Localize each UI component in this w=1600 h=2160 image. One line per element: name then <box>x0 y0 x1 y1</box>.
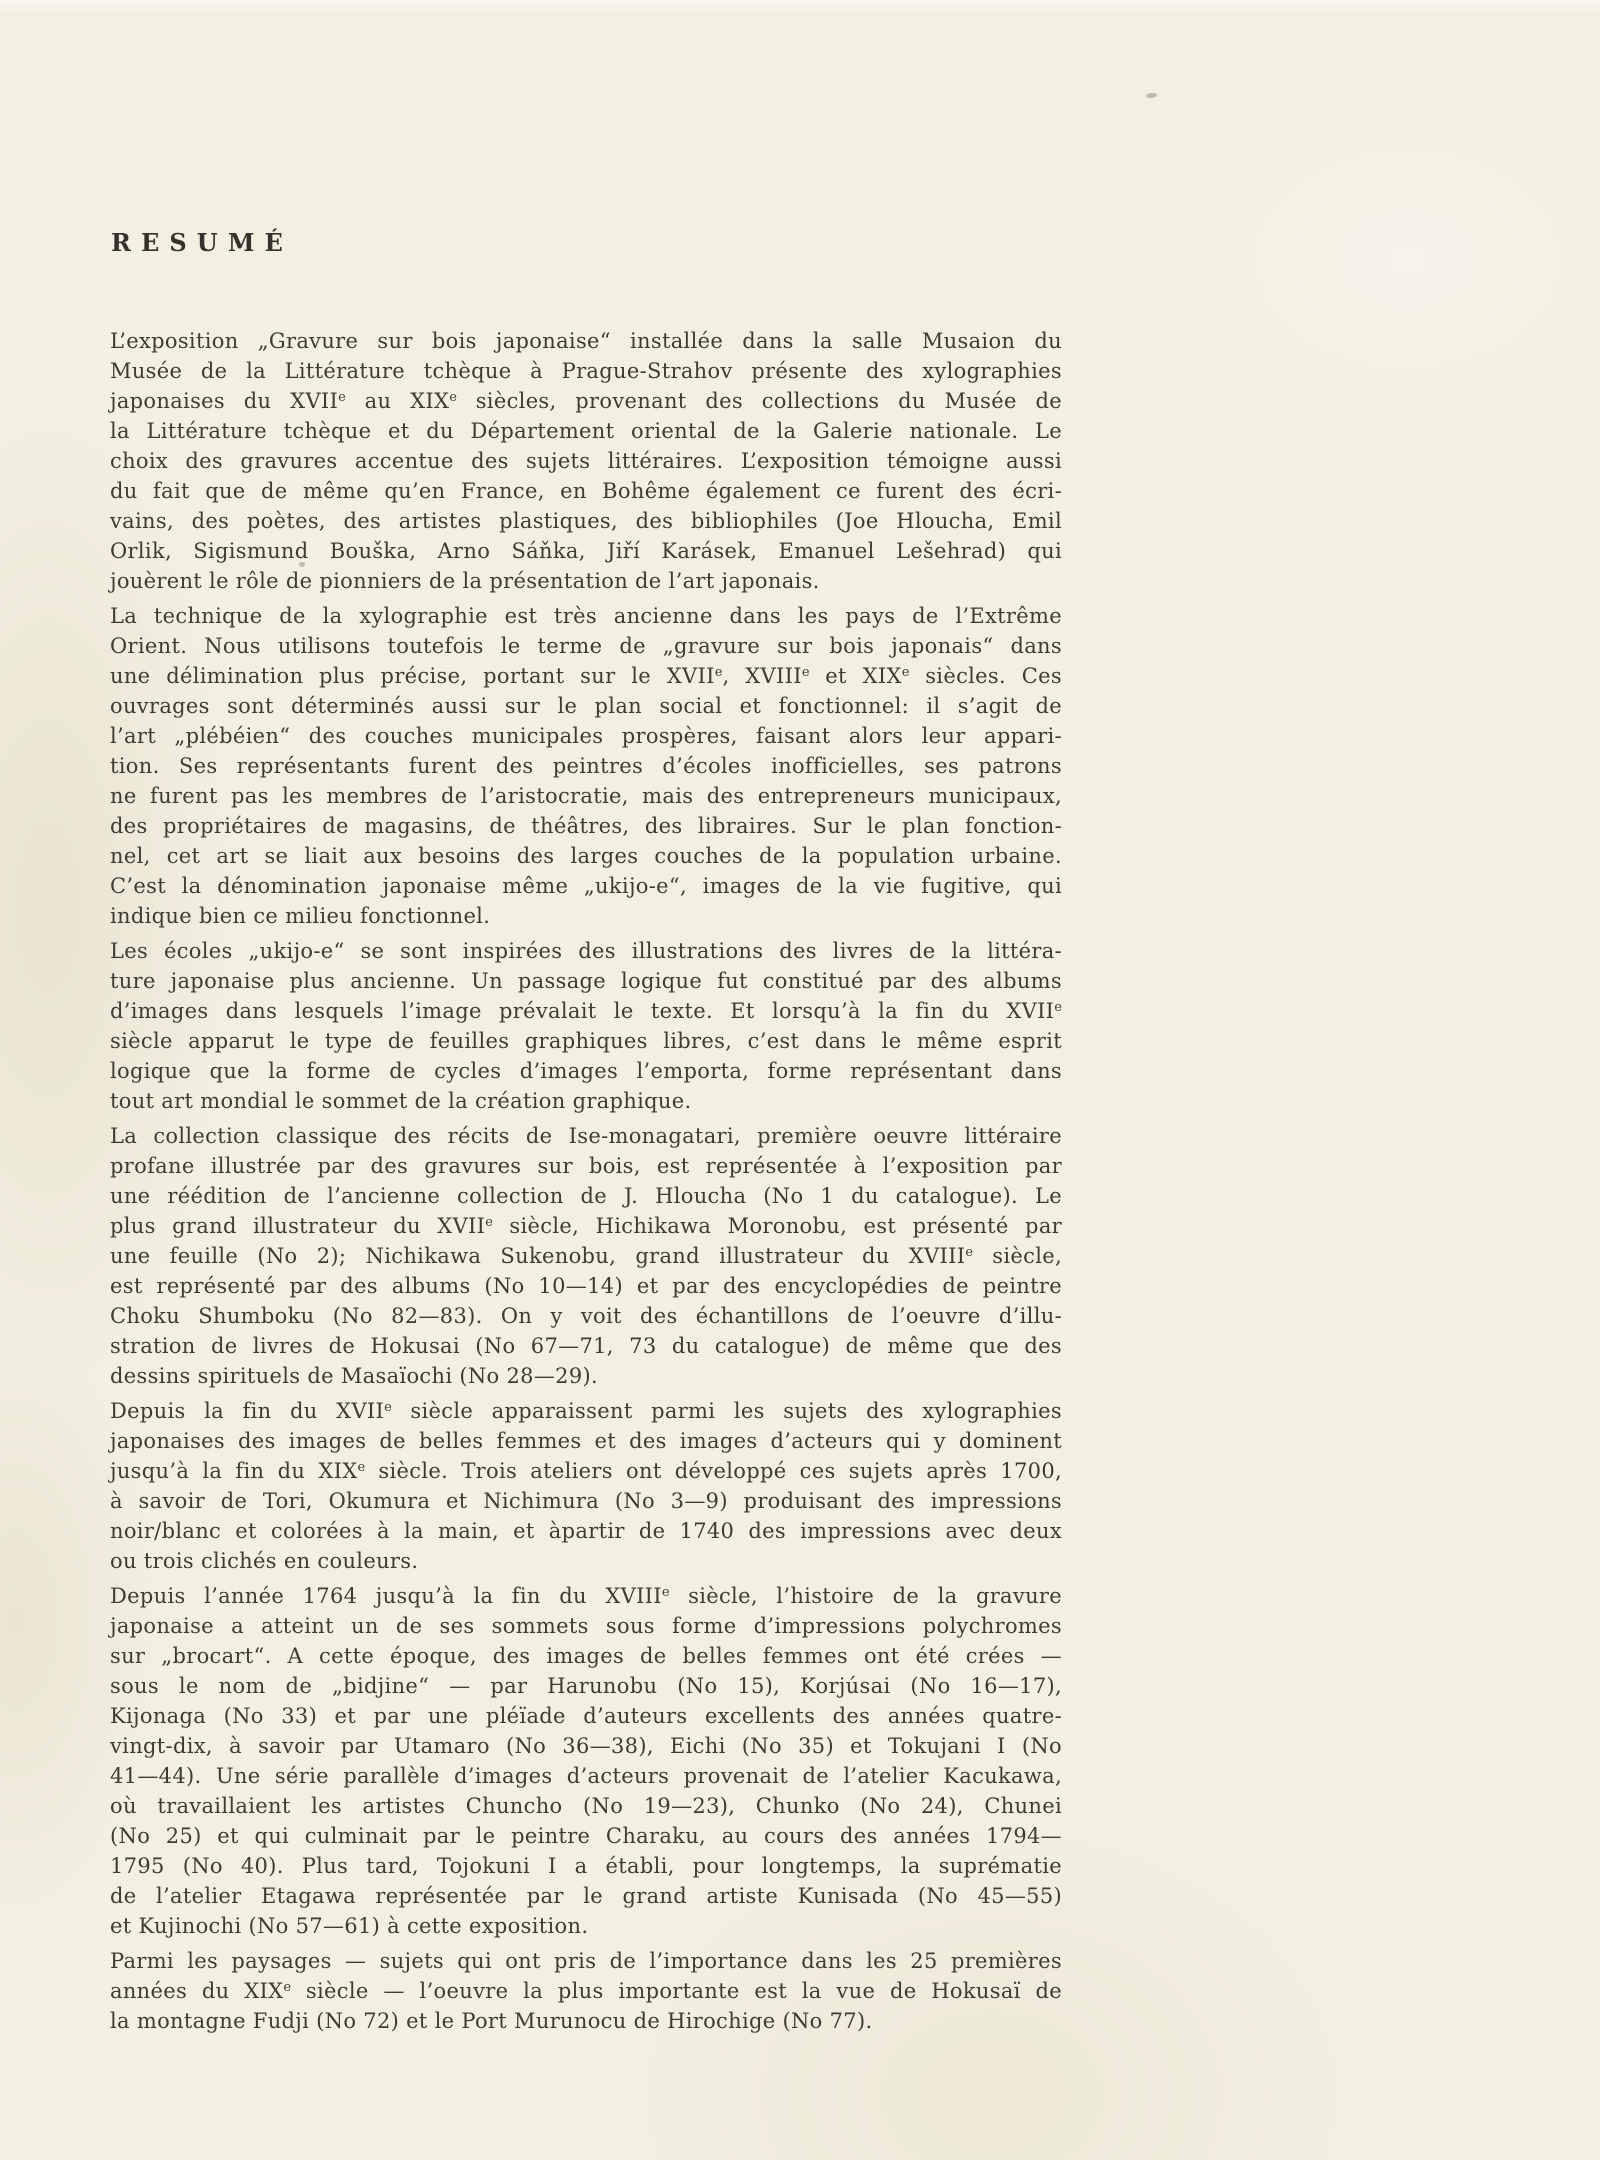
text-line: de l’atelier Etagawa représentée par le … <box>110 1881 1062 1911</box>
text-line: une réédition de l’ancienne collection d… <box>110 1181 1062 1211</box>
text-line: dessins spirituels de Masaïochi (No 28—2… <box>110 1361 1062 1391</box>
text-line: la Littérature tchèque et du Département… <box>110 416 1062 446</box>
text-line: vains, des poètes, des artistes plastiqu… <box>110 506 1062 536</box>
text-line: ouvrages sont déterminés aussi sur le pl… <box>110 691 1062 721</box>
text-line: sous le nom de „bidjine“ — par Harunobu … <box>110 1671 1062 1701</box>
text-line: logique que la forme de cycles d’images … <box>110 1056 1062 1086</box>
text-line: du fait que de même qu’en France, en Boh… <box>110 476 1062 506</box>
text-line: vingt-dix, à savoir par Utamaro (No 36—3… <box>110 1731 1062 1761</box>
text-line: C’est la dénomination japonaise même „uk… <box>110 871 1062 901</box>
paragraph: La collection classique des récits de Is… <box>110 1121 1062 1391</box>
text-line: stration de livres de Hokusai (No 67—71,… <box>110 1331 1062 1361</box>
text-line: et Kujinochi (No 57—61) à cette expositi… <box>110 1911 1062 1941</box>
text-line: plus grand illustrateur du XVIIe siècle,… <box>110 1211 1062 1241</box>
scanned-page: RESUMÉ L’exposition „Gravure sur bois ja… <box>0 0 1600 2160</box>
paragraph: Depuis la fin du XVIIe siècle apparaisse… <box>110 1396 1062 1576</box>
text-line: japonaises des images de belles femmes e… <box>110 1426 1062 1456</box>
text-line: la montagne Fudji (No 72) et le Port Mur… <box>110 2006 1062 2036</box>
text-line: l’art „plébéien“ des couches municipales… <box>110 721 1062 751</box>
text-line: où travaillaient les artistes Chuncho (N… <box>110 1791 1062 1821</box>
text-line: nel, cet art se liait aux besoins des la… <box>110 841 1062 871</box>
text-line: 1795 (No 40). Plus tard, Tojokuni I a ét… <box>110 1851 1062 1881</box>
text-line: ture japonaise plus ancienne. Un passage… <box>110 966 1062 996</box>
paragraph: La technique de la xylographie est très … <box>110 601 1062 931</box>
text-line: tion. Ses représentants furent des peint… <box>110 751 1062 781</box>
text-line: profane illustrée par des gravures sur b… <box>110 1151 1062 1181</box>
text-line: années du XIXe siècle — l’oeuvre la plus… <box>110 1976 1062 2006</box>
text-line: jusqu’à la fin du XIXe siècle. Trois ate… <box>110 1456 1062 1486</box>
text-line: Les écoles „ukijo-e“ se sont inspirées d… <box>110 936 1062 966</box>
text-line: ne furent pas les membres de l’aristocra… <box>110 781 1062 811</box>
paragraph: Les écoles „ukijo-e“ se sont inspirées d… <box>110 936 1062 1116</box>
text-line: choix des gravures accentue des sujets l… <box>110 446 1062 476</box>
text-line: sur „brocart“. A cette époque, des image… <box>110 1641 1062 1671</box>
text-line: une délimination plus précise, portant s… <box>110 661 1062 691</box>
text-line: des propriétaires de magasins, de théâtr… <box>110 811 1062 841</box>
paragraph: L’exposition „Gravure sur bois japonaise… <box>110 326 1062 596</box>
scan-artifact <box>1146 92 1158 98</box>
text-line: Orlik, Sigismund Bouška, Arno Sáňka, Jiř… <box>110 536 1062 566</box>
text-line: indique bien ce milieu fonctionnel. <box>110 901 1062 931</box>
text-line: La technique de la xylographie est très … <box>110 601 1062 631</box>
text-line: à savoir de Tori, Okumura et Nichimura (… <box>110 1486 1062 1516</box>
text-line: Choku Shumboku (No 82—83). On y voit des… <box>110 1301 1062 1331</box>
text-line: japonaises du XVIIe au XIXe siècles, pro… <box>110 386 1062 416</box>
text-line: L’exposition „Gravure sur bois japonaise… <box>110 326 1062 356</box>
body-paragraphs: L’exposition „Gravure sur bois japonaise… <box>110 326 1062 2041</box>
text-line: Musée de la Littérature tchèque à Prague… <box>110 356 1062 386</box>
paragraph: Parmi les paysages — sujets qui ont pris… <box>110 1946 1062 2036</box>
text-line: Orient. Nous utilisons toutefois le term… <box>110 631 1062 661</box>
text-line: Parmi les paysages — sujets qui ont pris… <box>110 1946 1062 1976</box>
text-line: japonaise a atteint un de ses sommets so… <box>110 1611 1062 1641</box>
text-line: siècle apparut le type de feuilles graph… <box>110 1026 1062 1056</box>
text-line: noir/blanc et colorées à la main, et àpa… <box>110 1516 1062 1546</box>
text-line: est représenté par des albums (No 10—14)… <box>110 1271 1062 1301</box>
text-line: (No 25) et qui culminait par le peintre … <box>110 1821 1062 1851</box>
page-title: RESUMÉ <box>111 228 293 257</box>
text-line: d’images dans lesquels l’image prévalait… <box>110 996 1062 1026</box>
paragraph: Depuis l’année 1764 jusqu’à la fin du XV… <box>110 1581 1062 1941</box>
text-line: une feuille (No 2); Nichikawa Sukenobu, … <box>110 1241 1062 1271</box>
text-line: Depuis l’année 1764 jusqu’à la fin du XV… <box>110 1581 1062 1611</box>
text-line: Kijonaga (No 33) et par une pléïade d’au… <box>110 1701 1062 1731</box>
text-line: Depuis la fin du XVIIe siècle apparaisse… <box>110 1396 1062 1426</box>
text-line: 41—44). Une série parallèle d’images d’a… <box>110 1761 1062 1791</box>
text-line: La collection classique des récits de Is… <box>110 1121 1062 1151</box>
text-line: ou trois clichés en couleurs. <box>110 1546 1062 1576</box>
text-line: tout art mondial le sommet de la créatio… <box>110 1086 1062 1116</box>
text-line: jouèrent le rôle de pionniers de la prés… <box>110 566 1062 596</box>
